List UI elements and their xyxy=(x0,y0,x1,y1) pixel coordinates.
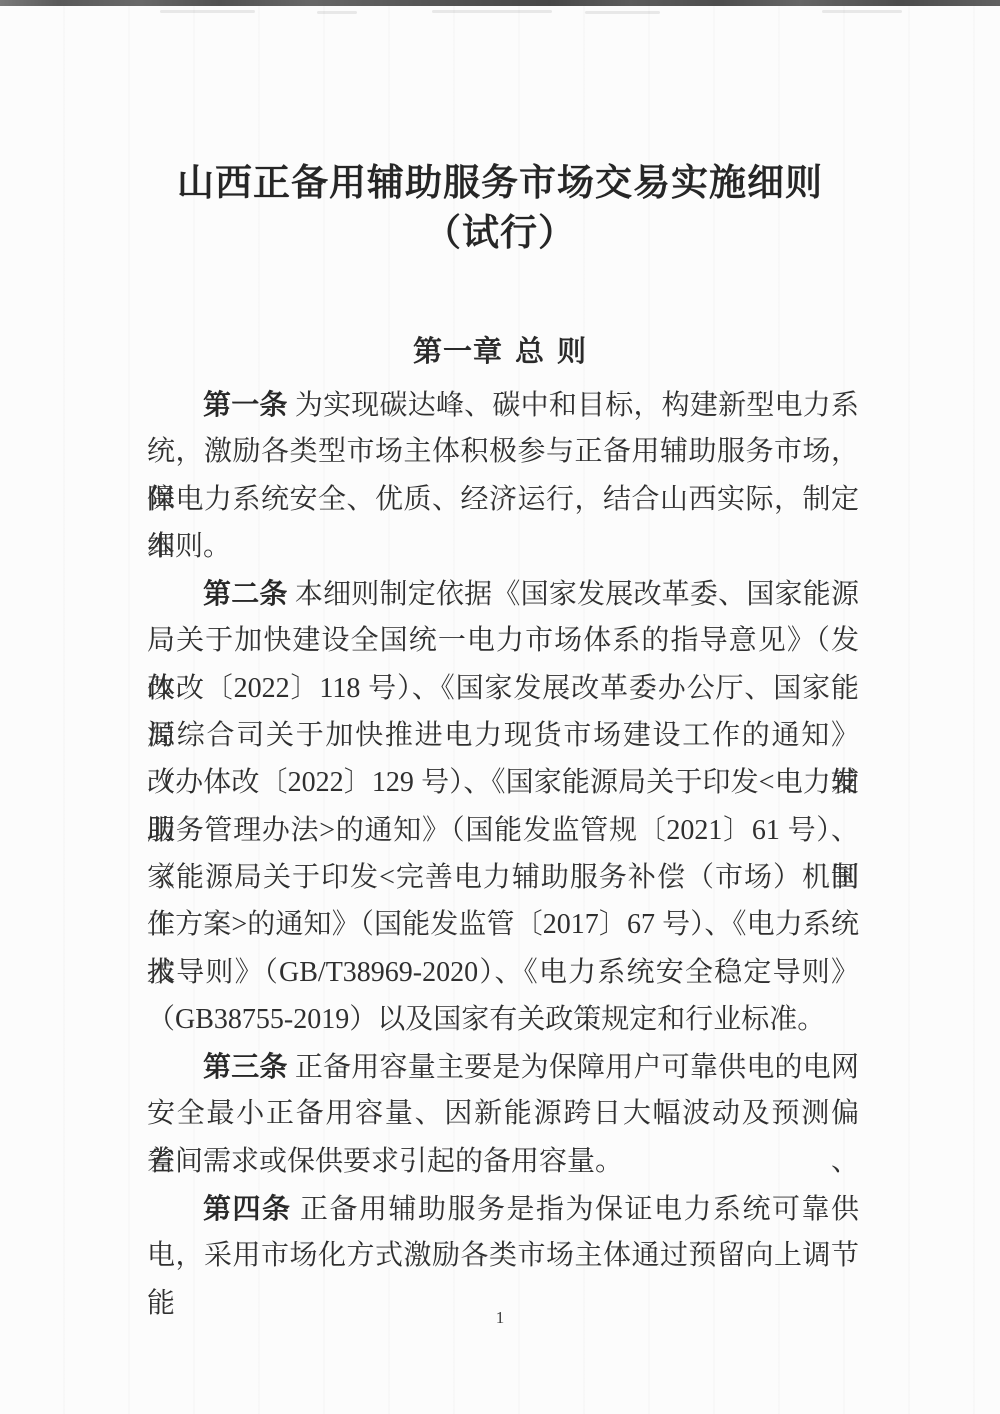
page-number: 1 xyxy=(0,1308,1000,1328)
article-label: 第四条 xyxy=(203,1193,292,1224)
body-line: 改办体改〔2022〕129 号）、《国家能源局关于印发<电力辅助 xyxy=(147,759,859,806)
body-line: （GB38755-2019）以及国家有关政策规定和行业标准。 xyxy=(147,996,859,1043)
chapter-heading: 第一章 总 则 xyxy=(0,329,1000,370)
body-line: 体改〔2022〕118 号）、《国家发展改革委办公厅、国家能源 xyxy=(147,665,859,712)
body-line: 第四条 正备用辅助服务是指为保证电力系统可靠供 xyxy=(147,1185,859,1232)
scan-artifact-dash xyxy=(585,11,660,14)
document-title-line2: （试行） xyxy=(0,208,1000,258)
body-line: 第三条 正备用容量主要是为保障用户可靠供电的电网 xyxy=(147,1043,859,1090)
scan-artifact-dash xyxy=(317,11,357,14)
body-line: 安全最小正备用容量、因新能源跨日大幅波动及预测偏差、 xyxy=(147,1090,859,1137)
body-line: 家能源局关于印发<完善电力辅助服务补偿（市场）机制工 xyxy=(147,854,859,901)
body-text: 第一条 为实现碳达峰、碳中和目标，构建新型电力系统，激励各类型市场主体积极参与正… xyxy=(147,381,859,1280)
scan-artifact-dash xyxy=(822,10,902,13)
body-line: 细则。 xyxy=(147,523,859,570)
document-page: 山西正备用辅助服务市场交易实施细则 （试行） 第一章 总 则 第一条 为实现碳达… xyxy=(0,0,1000,1414)
scan-artifact-dash xyxy=(432,10,552,13)
body-line: 服务管理办法>的通知》（国能发监管规〔2021〕61 号）、《国 xyxy=(147,807,859,854)
body-line: 统，激励各类型市场主体积极参与正备用辅助服务市场，保 xyxy=(147,428,859,475)
body-line: 第一条 为实现碳达峰、碳中和目标，构建新型电力系 xyxy=(147,381,859,428)
article-label: 第一条 xyxy=(203,389,288,420)
article-label: 第三条 xyxy=(203,1051,288,1082)
body-line: 术导则》（GB/T38969-2020）、《电力系统安全稳定导则》 xyxy=(147,949,859,996)
body-line: 第二条 本细则制定依据《国家发展改革委、国家能源 xyxy=(147,570,859,617)
scan-artifact-dash xyxy=(160,10,255,13)
scan-artifact-top-edge xyxy=(0,0,1000,6)
document-title-line1: 山西正备用辅助服务市场交易实施细则 xyxy=(0,158,1000,208)
body-line: 作方案>的通知》（国能发监管〔2017〕67 号）、《电力系统技 xyxy=(147,901,859,948)
body-line: 电，采用市场化方式激励各类市场主体通过预留向上调节能 xyxy=(147,1232,859,1279)
article-label: 第二条 xyxy=(203,578,288,609)
document-title: 山西正备用辅助服务市场交易实施细则 （试行） xyxy=(0,158,1000,258)
body-line: 局关于加快建设全国统一电力市场体系的指导意见》（发改 xyxy=(147,617,859,664)
body-line: 局综合司关于加快推进电力现货市场建设工作的通知》（发 xyxy=(147,712,859,759)
body-line: 障电力系统安全、优质、经济运行，结合山西实际，制定本 xyxy=(147,476,859,523)
